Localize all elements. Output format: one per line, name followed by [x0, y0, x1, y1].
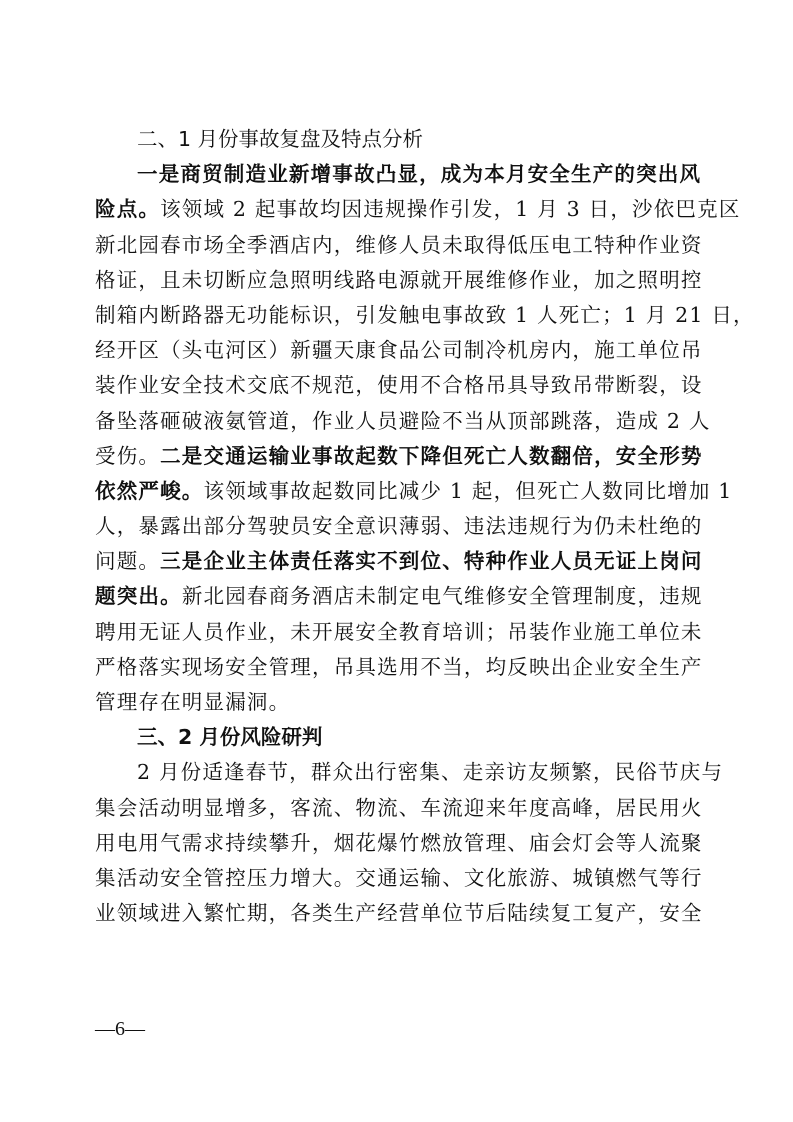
paragraph-line: 用电用气需求持续攀升，烟花爆竹燃放管理、庙会灯会等人流聚	[95, 826, 699, 861]
paragraph-line: 受伤。二是交通运输业事故起数下降但死亡人数翻倍，安全形势	[95, 439, 699, 474]
key-point-bold: 依然严峻。	[95, 479, 204, 503]
key-point-bold: 题突出。	[95, 584, 182, 608]
paragraph-line: 新北园春市场全季酒店内，维修人员未取得低压电工特种作业资	[95, 228, 699, 263]
paragraph-line: 经开区（头屯河区）新疆天康食品公司制冷机房内，施工单位吊	[95, 333, 699, 368]
paragraph-line: 一是商贸制造业新增事故凸显，成为本月安全生产的突出风	[95, 157, 699, 192]
key-point-bold: 二是交通运输业事故起数下降但死亡人数翻倍，安全形势	[160, 444, 703, 468]
section-heading: 二、1 月份事故复盘及特点分析	[95, 122, 699, 157]
section-heading: 三、2 月份风险研判	[95, 720, 699, 755]
paragraph-line: 依然严峻。该领域事故起数同比减少 1 起，但死亡人数同比增加 1	[95, 474, 699, 509]
paragraph-line: 备坠落砸破液氨管道，作业人员避险不当从顶部跳落，造成 2 人	[95, 404, 699, 439]
paragraph-line: 管理存在明显漏洞。	[95, 685, 699, 720]
paragraph-line: 题突出。新北园春商务酒店未制定电气维修安全管理制度，违规	[95, 579, 699, 614]
key-point-bold: 三是企业主体责任落实不到位、特种作业人员无证上岗问	[160, 549, 703, 573]
paragraph-line: 业领域进入繁忙期，各类生产经营单位节后陆续复工复产，安全	[95, 896, 699, 931]
paragraph-line: 严格落实现场安全管理，吊具选用不当，均反映出企业安全生产	[95, 650, 699, 685]
document-page: 二、1 月份事故复盘及特点分析 一是商贸制造业新增事故凸显，成为本月安全生产的突…	[95, 122, 699, 931]
key-point-bold: 险点。	[95, 197, 160, 221]
paragraph-line: 格证，且未切断应急照明线路电源就开展维修作业，加之照明控	[95, 263, 699, 298]
paragraph-line: 聘用无证人员作业，未开展安全教育培训；吊装作业施工单位未	[95, 615, 699, 650]
paragraph-line: 险点。该领域 2 起事故均因违规操作引发，1 月 3 日，沙依巴克区	[95, 192, 699, 227]
paragraph-line: 2 月份适逢春节，群众出行密集、走亲访友频繁，民俗节庆与	[95, 755, 699, 790]
paragraph-line: 人，暴露出部分驾驶员安全意识薄弱、违法违规行为仍未杜绝的	[95, 509, 699, 544]
key-point-bold: 一是商贸制造业新增事故凸显，成为本月安全生产的突出风	[137, 162, 701, 186]
paragraph-line: 集会活动明显增多，客流、物流、车流迎来年度高峰，居民用火	[95, 791, 699, 826]
paragraph-line: 装作业安全技术交底不规范，使用不合格吊具导致吊带断裂，设	[95, 368, 699, 403]
paragraph-line: 制箱内断路器无功能标识，引发触电事故致 1 人死亡；1 月 21 日，	[95, 298, 699, 333]
page-number: —6—	[95, 1018, 145, 1041]
paragraph-line: 问题。三是企业主体责任落实不到位、特种作业人员无证上岗问	[95, 544, 699, 579]
paragraph-line: 集活动安全管控压力增大。交通运输、文化旅游、城镇燃气等行	[95, 861, 699, 896]
